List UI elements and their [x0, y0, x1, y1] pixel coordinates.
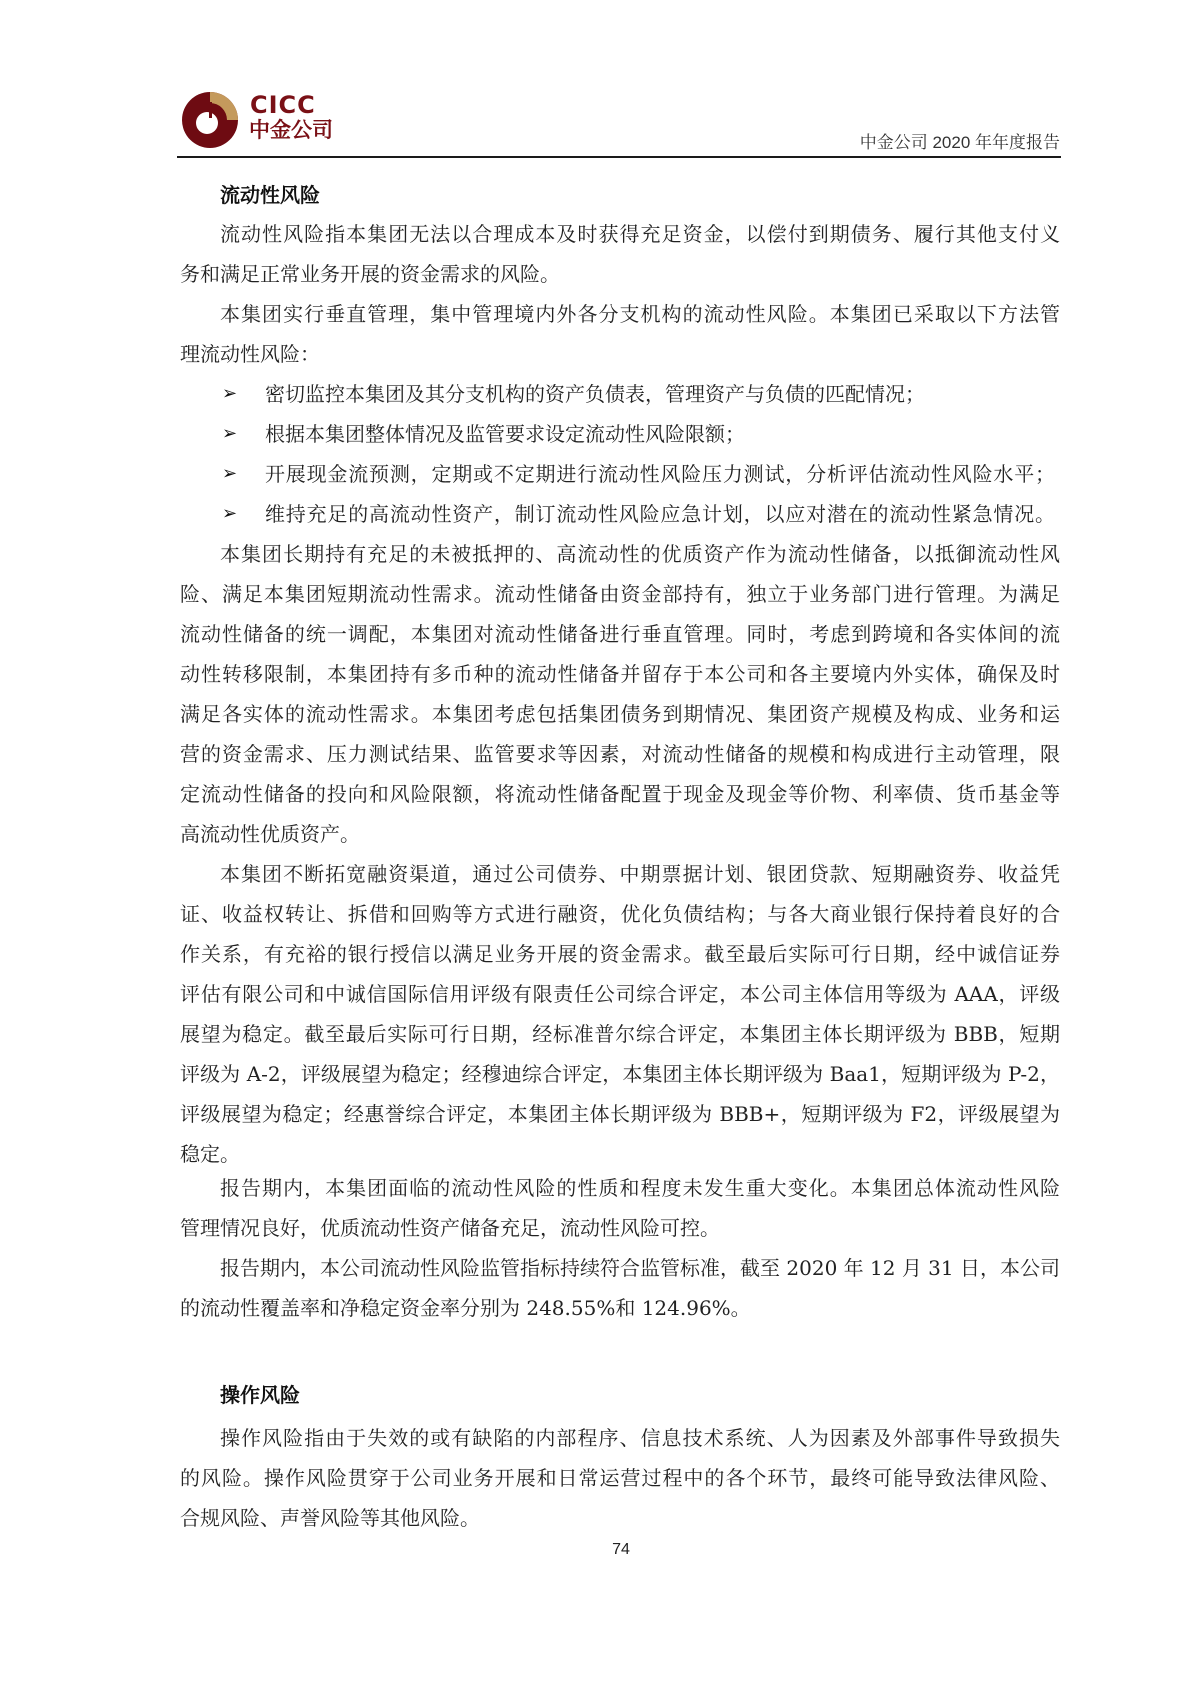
paragraph-line: 作关系，有充裕的银行授信以满足业务开展的资金需求。截至最后实际可行日期，经中诚信…: [180, 934, 1060, 974]
paragraph-line: 定流动性储备的投向和风险限额，将流动性储备配置于现金及现金等价物、利率债、货币基…: [180, 774, 1060, 814]
paragraph-line: 务和满足正常业务开展的资金需求的风险。: [180, 254, 1060, 294]
bullet-text: 开展现金流预测，定期或不定期进行流动性风险压力测试，分析评估流动性风险水平；: [265, 454, 1055, 494]
paragraph-line: 评估有限公司和中诚信国际信用评级有限责任公司综合评定，本公司主体信用等级为 AA…: [180, 974, 1060, 1014]
paragraph-line: 流动性风险指本集团无法以合理成本及时获得充足资金，以偿付到期债务、履行其他支付义: [180, 214, 1060, 254]
document-page: CICC 中金公司 中金公司 2020 年年度报告 流动性风险 流动性风险指本集…: [0, 0, 1190, 1683]
paragraph-line: 评级为 A-2，评级展望为稳定；经穆迪综合评定，本集团主体长期评级为 Baa1，…: [180, 1054, 1060, 1094]
paragraph-line: 评级展望为稳定；经惠誉综合评定，本集团主体长期评级为 BBB+，短期评级为 F2…: [180, 1094, 1060, 1134]
paragraph-line: 合规风险、声誉风险等其他风险。: [180, 1498, 1060, 1538]
header-divider: [177, 156, 1061, 158]
logo-text-en: CICC: [250, 93, 316, 117]
paragraph-line: 管理情况良好，优质流动性资产储备充足，流动性风险可控。: [180, 1208, 1060, 1248]
paragraph-line: 报告期内，本公司流动性风险监管指标持续符合监管标准，截至 2020 年 12 月…: [180, 1248, 1060, 1288]
paragraph-line: 营的资金需求、压力测试结果、监管要求等因素，对流动性储备的规模和构成进行主动管理…: [180, 734, 1060, 774]
cicc-logo-icon: [182, 92, 238, 148]
paragraph-line: 动性转移限制，本集团持有多币种的流动性储备并留存于本公司和各主要境内外实体，确保…: [180, 654, 1060, 694]
section-heading: 流动性风险: [180, 175, 1060, 215]
paragraph-line: 操作风险指由于失效的或有缺陷的内部程序、信息技术系统、人为因素及外部事件导致损失: [180, 1418, 1060, 1458]
paragraph-line: 本集团长期持有充足的未被抵押的、高流动性的优质资产作为流动性储备，以抵御流动性风: [180, 534, 1060, 574]
paragraph-line: 证、收益权转让、拆借和回购等方式进行融资，优化负债结构；与各大商业银行保持着良好…: [180, 894, 1060, 934]
paragraph-line: 展望为稳定。截至最后实际可行日期，经标准普尔综合评定，本集团主体长期评级为 BB…: [180, 1014, 1060, 1054]
paragraph-line: 本集团不断拓宽融资渠道，通过公司债券、中期票据计划、银团贷款、短期融资券、收益凭: [180, 854, 1060, 894]
paragraph-line: 险、满足本集团短期流动性需求。流动性储备由资金部持有，独立于业务部门进行管理。为…: [180, 574, 1060, 614]
paragraph-line: 高流动性优质资产。: [180, 814, 1060, 854]
bullet-text: 维持充足的高流动性资产，制订流动性风险应急计划，以应对潜在的流动性紧急情况。: [265, 494, 1055, 534]
logo-text-cn: 中金公司: [249, 119, 333, 141]
paragraph-line: 理流动性风险：: [180, 334, 1060, 374]
paragraph-line: 本集团实行垂直管理，集中管理境内外各分支机构的流动性风险。本集团已采取以下方法管: [180, 294, 1060, 334]
report-title: 中金公司 2020 年年度报告: [860, 133, 1060, 153]
page-number: 74: [600, 1538, 642, 1562]
paragraph-line: 的风险。操作风险贯穿于公司业务开展和日常运营过程中的各个环节，最终可能导致法律风…: [180, 1458, 1060, 1498]
paragraph-line: 的流动性覆盖率和净稳定资金率分别为 248.55%和 124.96%。: [180, 1288, 1060, 1328]
arrow-bullet-icon: ➢: [222, 454, 242, 494]
bullet-text: 根据本集团整体情况及监管要求设定流动性风险限额；: [265, 414, 745, 454]
paragraph-line: 报告期内，本集团面临的流动性风险的性质和程度未发生重大变化。本集团总体流动性风险: [180, 1168, 1060, 1208]
arrow-bullet-icon: ➢: [222, 494, 242, 534]
section-heading: 操作风险: [180, 1375, 1060, 1415]
arrow-bullet-icon: ➢: [222, 414, 242, 454]
paragraph-line: 流动性储备的统一调配，本集团对流动性储备进行垂直管理。同时，考虑到跨境和各实体间…: [180, 614, 1060, 654]
paragraph-line: 满足各实体的流动性需求。本集团考虑包括集团债务到期情况、集团资产规模及构成、业务…: [180, 694, 1060, 734]
arrow-bullet-icon: ➢: [222, 374, 242, 414]
bullet-text: 密切监控本集团及其分支机构的资产负债表，管理资产与负债的匹配情况；: [265, 374, 925, 414]
